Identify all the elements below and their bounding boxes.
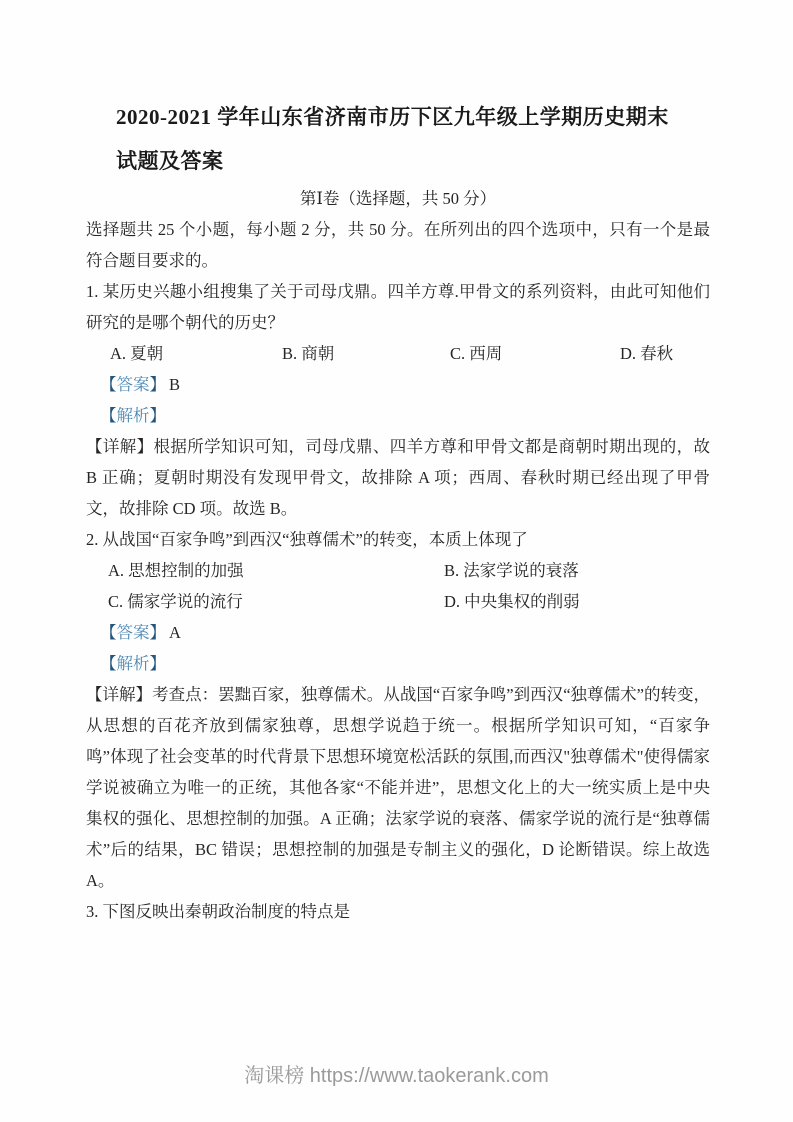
question-2-answer-line: 【答案】A	[86, 617, 710, 648]
bracket-open: 【	[100, 406, 117, 425]
question-1-options: A. 夏朝 B. 商朝 C. 西周 D. 春秋	[86, 338, 710, 369]
bracket-open: 【	[100, 654, 117, 673]
page-title-line1: 2020-2021 学年山东省济南市历下区九年级上学期历史期末	[116, 95, 686, 139]
document-content: 2020-2021 学年山东省济南市历下区九年级上学期历史期末 试题及答案 第Ⅰ…	[86, 0, 710, 927]
question-2-stem: 2. 从战国“百家争鸣”到西汉“独尊儒术”的转变，本质上体现了	[86, 524, 710, 555]
question-1-option-c: C. 西周	[450, 338, 620, 369]
footer-watermark: 淘课榜 https://www.taokerank.com	[0, 1062, 793, 1090]
document-page: 2020-2021 学年山东省济南市历下区九年级上学期历史期末 试题及答案 第Ⅰ…	[0, 0, 793, 1122]
answer-label: 答案	[117, 623, 150, 642]
bracket-open: 【	[100, 623, 117, 642]
question-2-option-b: B. 法家学说的衰落	[444, 555, 710, 586]
question-2-explanation: 【详解】考查点：罢黜百家，独尊儒术。从战国“百家争鸣”到西汉“独尊儒术”的转变，…	[86, 679, 710, 896]
bracket-open: 【	[100, 375, 117, 394]
question-2-analysis-line: 【解析】	[86, 648, 710, 679]
question-1-option-a: A. 夏朝	[110, 338, 282, 369]
bracket-close: 】	[150, 623, 167, 642]
question-2-options: A. 思想控制的加强 B. 法家学说的衰落 C. 儒家学说的流行 D. 中央集权…	[86, 555, 710, 617]
question-2-option-c: C. 儒家学说的流行	[108, 586, 444, 617]
question-2-option-d: D. 中央集权的削弱	[444, 586, 710, 617]
question-1-option-b: B. 商朝	[282, 338, 450, 369]
footer-watermark-text: 淘课榜 https://www.taokerank.com	[244, 1065, 549, 1087]
answer-label: 答案	[117, 375, 150, 394]
page-title-line2: 试题及答案	[116, 139, 686, 183]
question-1-explanation: 【详解】根据所学知识可知，司母戊鼎、四羊方尊和甲骨文都是商朝时期出现的，故 B …	[86, 431, 710, 524]
question-2-option-a: A. 思想控制的加强	[108, 555, 444, 586]
section-heading: 第Ⅰ卷（选择题，共 50 分）	[86, 183, 710, 214]
bracket-close: 】	[150, 654, 167, 673]
bracket-close: 】	[150, 406, 167, 425]
question-1-answer: B	[166, 375, 180, 394]
question-3-stem: 3. 下图反映出秦朝政治制度的特点是	[86, 896, 710, 927]
question-2-answer: A	[166, 623, 181, 642]
analysis-label: 解析	[117, 406, 150, 425]
page-title: 2020-2021 学年山东省济南市历下区九年级上学期历史期末 试题及答案	[116, 95, 686, 183]
analysis-label: 解析	[117, 654, 150, 673]
question-1-stem: 1. 某历史兴趣小组搜集了关于司母戊鼎。四羊方尊.甲骨文的系列资料，由此可知他们…	[86, 276, 710, 338]
exam-instructions: 选择题共 25 个小题，每小题 2 分，共 50 分。在所列出的四个选项中，只有…	[86, 214, 710, 276]
question-1-answer-line: 【答案】B	[86, 369, 710, 400]
question-1-analysis-line: 【解析】	[86, 400, 710, 431]
bracket-close: 】	[150, 375, 167, 394]
question-1-option-d: D. 春秋	[620, 338, 710, 369]
